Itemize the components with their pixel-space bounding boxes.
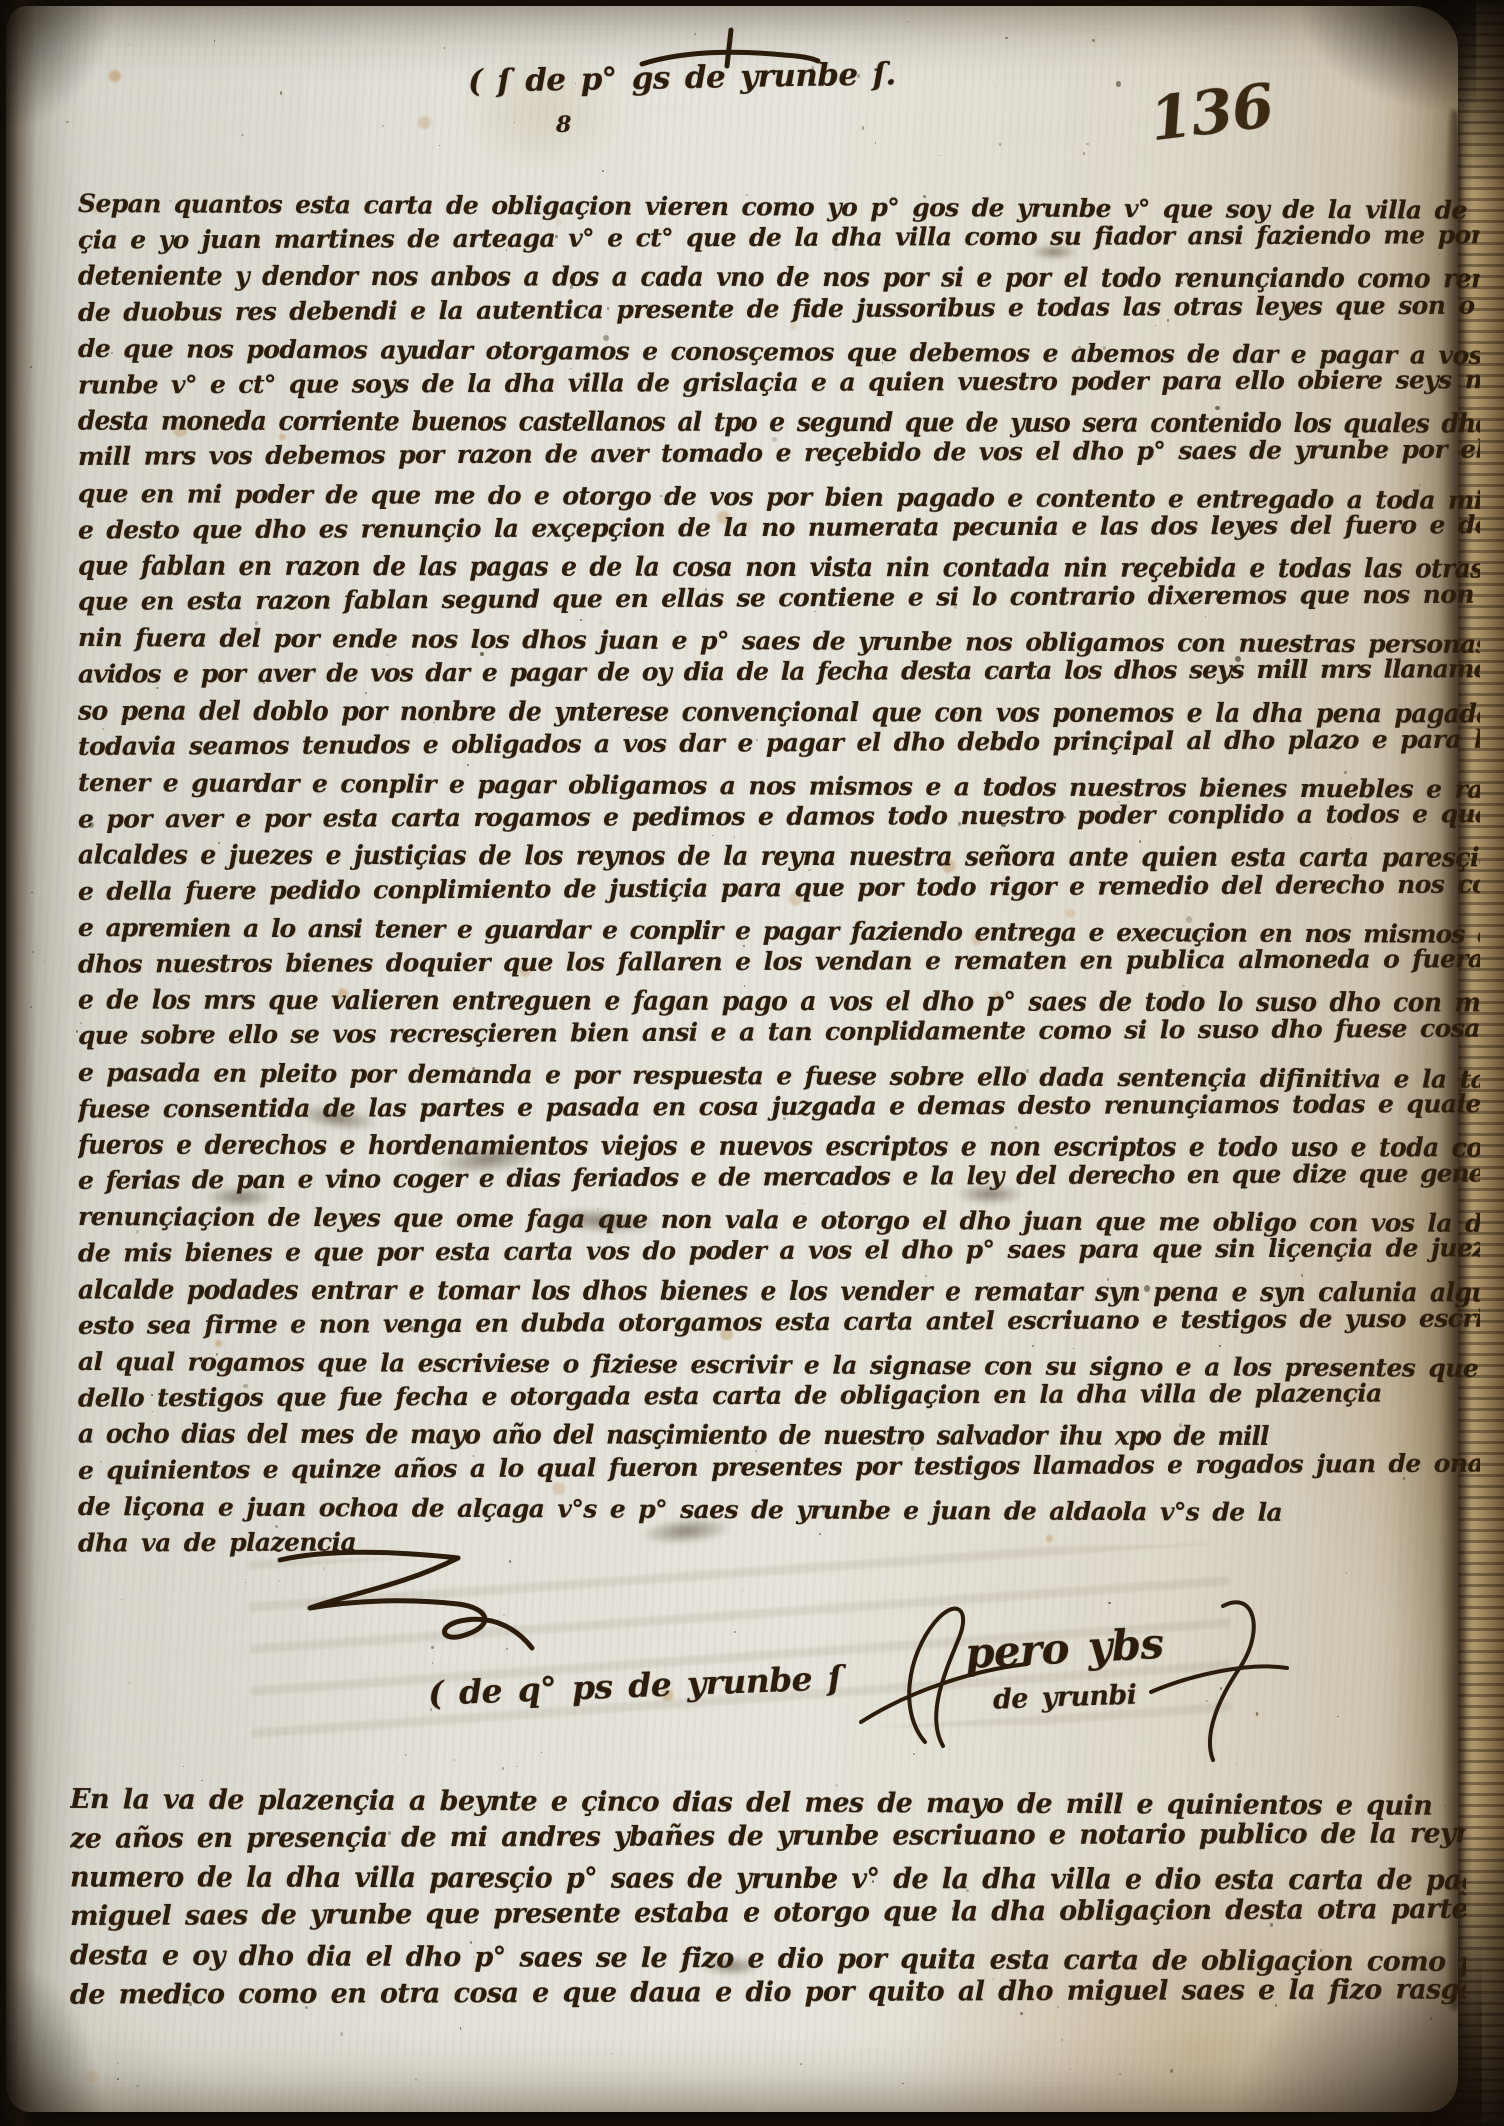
manuscript-line: e ferias de pan e vino coger e dias feri… [78, 1156, 1480, 1200]
manuscript-line: miguel saes de yrunbe que presente estab… [70, 1890, 1466, 1936]
manuscript-line: de medico como en otra cosa e que daua e… [70, 1970, 1466, 2014]
folio-number: 136 [1146, 71, 1277, 156]
manuscript-line: todavia seamos tenudos e obligados a vos… [78, 721, 1480, 765]
manuscript-line: e della fuere pedido conplimiento de jus… [78, 866, 1480, 910]
binding-gutter-shadow [0, 0, 36, 2126]
notarial-rubric-icon [252, 1534, 542, 1654]
bottom-text-block: En la va de plazençia a beynte e çinco d… [70, 1780, 1466, 2014]
main-text-block: Sepan quantos esta carta de obligaçion v… [78, 186, 1480, 1561]
manuscript-line: de mis bienes e que por esta carta vos d… [78, 1231, 1480, 1273]
manuscript-line: fuese consentida de las partes e pasada … [78, 1086, 1480, 1128]
signature-surname: de yrunbi [993, 1680, 1137, 1716]
manuscript-line: de duobus res debendi e la autentica pre… [78, 287, 1480, 331]
manuscript-line: avidos e por aver de vos dar e pagar de … [78, 652, 1480, 694]
manuscript-line: mill mrs vos debemos por razon de aver t… [78, 432, 1480, 476]
manuscript-line: e por aver e por esta carta rogamos e pe… [78, 796, 1480, 838]
document-heading: ( ſ de p° gs de yrunbe ſ. [468, 56, 896, 99]
manuscript-line: e desto que dho es renunçio la exçepçion… [78, 507, 1480, 549]
manuscript-line: dhos nuestros bienes doquier que los fal… [78, 941, 1480, 983]
manuscript-scan: ( ſ de p° gs de yrunbe ſ. 8 136 Sepan qu… [0, 0, 1504, 2126]
manuscript-line: e quinientos e quinze años a lo qual fue… [78, 1445, 1480, 1489]
notary-signature: pero ybs de yrunbi [855, 1572, 1295, 1772]
manuscript-line: que en esta razon fablan segund que en e… [78, 577, 1480, 621]
manuscript-line: que sobre ello se vos recresçieren bien … [78, 1011, 1480, 1055]
signature-name: pero ybs [964, 1619, 1165, 1678]
manuscript-line: çia e yo juan martines de arteaga v° e c… [78, 217, 1480, 259]
heading-small-mark: 8 [556, 112, 571, 138]
manuscript-line: dello testigos que fue fecha e otorgada … [78, 1375, 1480, 1417]
manuscript-line: esto sea firme e non venga en dubda otor… [78, 1300, 1480, 1344]
manuscript-line: ze años en presençia de mi andres ybañes… [70, 1814, 1466, 1858]
manuscript-line: runbe v° e ct° que soys de la dha villa … [78, 362, 1480, 404]
